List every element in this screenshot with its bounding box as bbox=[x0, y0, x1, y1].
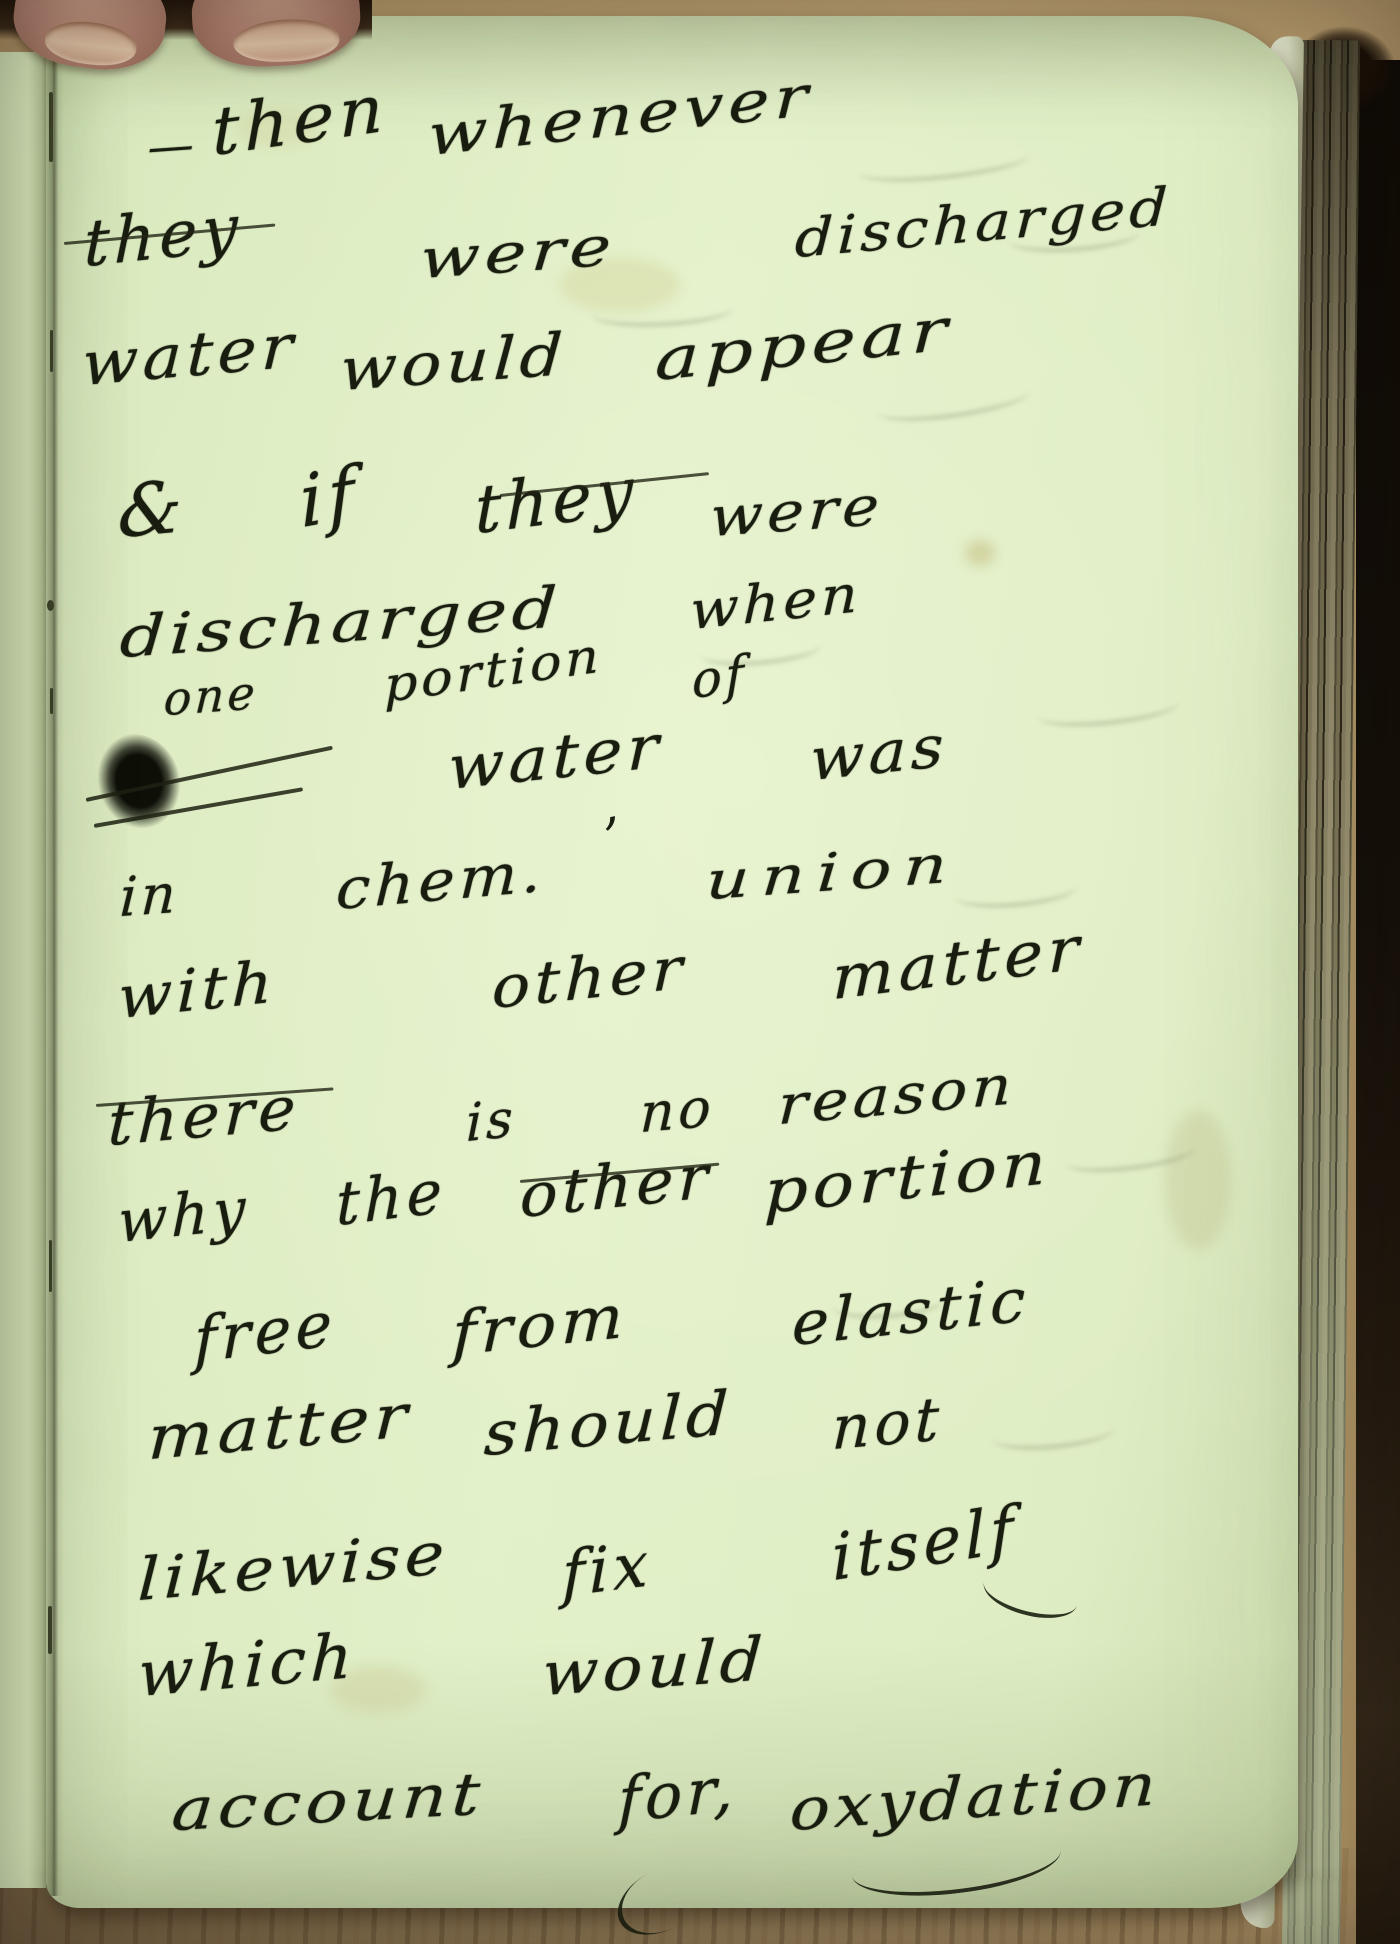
stitch-mark bbox=[47, 600, 54, 611]
gutter-crease bbox=[42, 30, 64, 1896]
stitch-mark bbox=[49, 1240, 52, 1292]
fingernail bbox=[43, 17, 139, 70]
fingernail bbox=[232, 17, 340, 64]
stitch-mark bbox=[50, 688, 53, 714]
handwritten-word: if bbox=[298, 449, 361, 544]
handwritten-word: fix bbox=[562, 1527, 652, 1612]
book-edge-dark bbox=[1356, 60, 1400, 1944]
stitch-mark bbox=[49, 92, 53, 162]
handwritten-word: for, bbox=[617, 1751, 738, 1837]
stitch-mark bbox=[50, 330, 53, 372]
photo-of-notebook: — then whenever they were discharged wat… bbox=[0, 0, 1400, 1944]
stain bbox=[1165, 1110, 1231, 1250]
handwritten-word: was bbox=[809, 711, 948, 794]
handwritten-word: were bbox=[708, 474, 885, 550]
handwritten-word: no bbox=[639, 1075, 716, 1145]
facing-page-edge bbox=[0, 52, 46, 1888]
handwritten-word: the bbox=[336, 1156, 446, 1240]
handwritten-word: why bbox=[117, 1174, 249, 1256]
handwritten-word: — bbox=[147, 116, 199, 174]
handwritten-word: not bbox=[831, 1384, 945, 1464]
handwritten-word: of bbox=[691, 644, 747, 710]
handwritten-word: in bbox=[118, 862, 181, 930]
stitch-mark bbox=[48, 1606, 52, 1654]
handwritten-word: one bbox=[163, 665, 260, 726]
handwritten-word: is bbox=[465, 1088, 516, 1154]
handwritten-word: & bbox=[117, 464, 189, 555]
stain bbox=[965, 540, 995, 566]
